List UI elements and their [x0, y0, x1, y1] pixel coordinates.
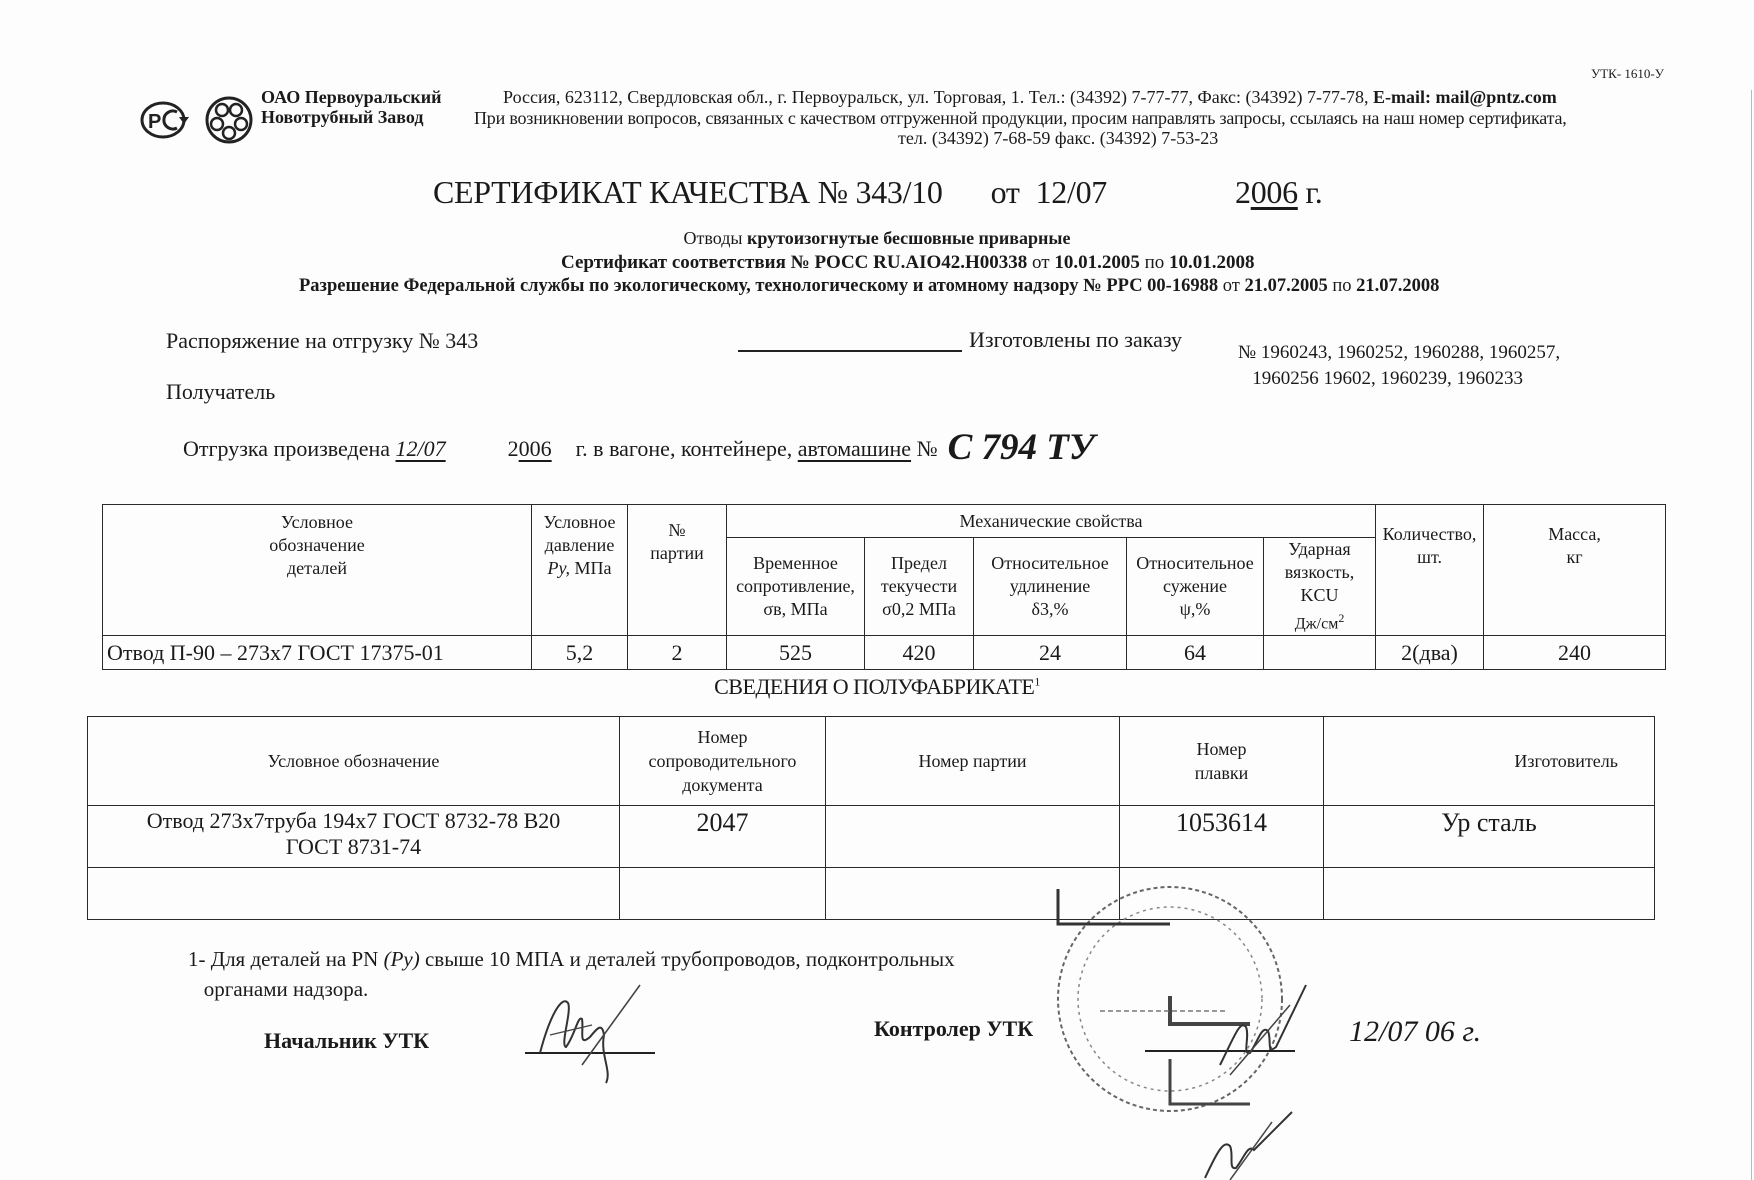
- header-text: Количество,: [1378, 523, 1481, 546]
- address-text: Россия, 623112, Свердловская обл., г. Пе…: [503, 87, 1373, 107]
- header-text: ψ,%: [1129, 598, 1261, 621]
- header-text: δ3,%: [976, 598, 1124, 621]
- product-type: Отводы крутоизогнутые бесшовные приварны…: [0, 228, 1754, 249]
- order-blank-line: [738, 350, 962, 352]
- conformity-date-to: 10.01.2008: [1169, 252, 1255, 273]
- signature-icon: [1210, 975, 1310, 1090]
- header-text: вязкость,: [1266, 561, 1373, 584]
- cell-designation: Отвод П-90 – 273х7 ГОСТ 17375-01: [103, 636, 532, 670]
- cell-tensile: 525: [727, 636, 865, 670]
- header-impact: Ударнаявязкость,KCUДж/см2: [1264, 538, 1376, 636]
- cell-doc-number: 2047: [620, 806, 826, 868]
- header-text: плавки: [1122, 761, 1321, 785]
- header-text: сопротивление,: [729, 575, 862, 598]
- header-batch: №партии: [628, 505, 727, 636]
- cell-mass: 240: [1484, 636, 1666, 670]
- header-mechanical-properties: Механические свойства: [727, 505, 1376, 538]
- shipping-order: Распоряжение на отгрузку № 343: [166, 328, 478, 354]
- cell-manufacturer: Ур сталь: [1324, 806, 1655, 868]
- transport-options: г. в вагоне, контейнере,: [576, 436, 798, 461]
- svg-text:P: P: [148, 111, 161, 133]
- header-text: текучести: [867, 575, 971, 598]
- header-text: Временное: [729, 552, 862, 575]
- permit-from: от: [1218, 276, 1244, 296]
- certificate-date: 12/07: [1036, 174, 1107, 210]
- cell-yield: 420: [865, 636, 974, 670]
- header-batch-number: Номер партии: [826, 717, 1120, 806]
- controller-label: Контролер УТК: [874, 1016, 1033, 1042]
- conformity-label: Сертификат соответствия: [561, 252, 786, 273]
- conformity-certificate: Сертификат соответствия № РОСС RU.AIO42.…: [561, 252, 1255, 274]
- header-tensile: Временноесопротивление,σв, МПа: [727, 538, 865, 636]
- company-name: ОАО Первоуральский Новотрубный Завод: [261, 87, 442, 127]
- cell-batch: 2: [628, 636, 727, 670]
- page-edge-line: [1751, 90, 1752, 1180]
- header-text: Относительное: [976, 552, 1124, 575]
- product-lead: Отводы: [684, 228, 743, 248]
- header-quantity: Количество,шт.: [1376, 505, 1484, 636]
- header-elongation: Относительноеудлинениеδ3,%: [974, 538, 1127, 636]
- header-text: обозначение: [105, 534, 529, 557]
- footnote-text: органами надзора.: [188, 977, 368, 1001]
- recipient-label: Получатель: [166, 379, 275, 405]
- header-text: шт.: [1378, 546, 1481, 569]
- header-text: σв, МПа: [729, 598, 862, 621]
- header-text: партии: [630, 542, 724, 565]
- rst-certification-mark-icon: P: [139, 96, 193, 144]
- certificate-year: 006: [1251, 174, 1298, 210]
- header-text: σ0,2 МПа: [867, 598, 971, 621]
- chief-label: Начальник УТК: [264, 1028, 429, 1054]
- header-text: Относительное: [1129, 552, 1261, 575]
- company-name-line2: Новотрубный Завод: [261, 107, 442, 127]
- cell-designation: Отвод 273х7труба 194х7 ГОСТ 8732-78 В20Г…: [88, 806, 620, 868]
- permit-date-to: 21.07.2008: [1356, 276, 1439, 296]
- header-text: Py,: [548, 558, 571, 578]
- semi-product-title: СВЕДЕНИЯ О ПОЛУФАБРИКАТЕ1: [0, 674, 1754, 700]
- cell-reduction: 64: [1127, 636, 1264, 670]
- signature-icon: [520, 975, 660, 1090]
- header-designation: Условное обозначение: [88, 717, 620, 806]
- footnote-ref: 1: [1034, 675, 1040, 689]
- signature-icon: [1200, 1110, 1300, 1180]
- cell-elongation: 24: [974, 636, 1127, 670]
- header-text: МПа: [570, 558, 612, 578]
- header-text: Номер: [1122, 737, 1321, 761]
- cell-heat-number: 1053614: [1120, 806, 1324, 868]
- cell-quantity: 2(два): [1376, 636, 1484, 670]
- header-text: №: [630, 519, 724, 542]
- header-text: Предел: [867, 552, 971, 575]
- cell-manufacturer: [1324, 868, 1655, 920]
- certificate-year-suffix: г.: [1298, 174, 1323, 210]
- mechanical-properties-table: Условноеобозначениедеталей Условноедавле…: [102, 504, 1666, 670]
- permit-date-from: 21.07.2005: [1244, 276, 1327, 296]
- table-row: [88, 868, 1655, 920]
- header-text: сопроводительного: [622, 749, 823, 773]
- footnote-text: свыше 10 МПА и деталей трубопроводов, по…: [420, 947, 955, 971]
- header-designation: Условноеобозначениедеталей: [103, 505, 532, 636]
- quality-contacts: тел. (34392) 7-68-59 факс. (34392) 7-53-…: [898, 128, 1218, 148]
- conformity-to: по: [1140, 252, 1169, 273]
- footnote-text: (Py): [384, 947, 420, 971]
- header-text: документа: [622, 773, 823, 797]
- shipped-year-prefix: 2: [508, 436, 519, 461]
- cell-text: ГОСТ 8731-74: [90, 834, 617, 860]
- cell-doc-number: [620, 868, 826, 920]
- shipped-date: 12/07: [396, 436, 446, 461]
- shipped-label: Отгрузка произведена: [183, 436, 396, 461]
- form-code: УТК- 1610-У: [1591, 66, 1664, 82]
- conformity-from: от: [1027, 252, 1054, 273]
- header-text: 2: [1338, 611, 1344, 625]
- permit-to: по: [1328, 276, 1356, 296]
- header-heat-number: Номерплавки: [1120, 717, 1324, 806]
- product-name: крутоизогнутые бесшовные приварные: [747, 228, 1070, 248]
- sign-date: 12/07 06 г.: [1349, 1015, 1481, 1049]
- permit-text: Разрешение Федеральной службы по экологи…: [299, 276, 1218, 296]
- shipped-year: 006: [519, 436, 552, 461]
- header-text: давление: [534, 534, 625, 557]
- conformity-date-from: 10.01.2005: [1054, 252, 1140, 273]
- title-from: от: [991, 174, 1020, 210]
- shipment-info: Отгрузка произведена 12/072006г. в вагон…: [183, 426, 1095, 469]
- header-yield: Пределтекучестиσ0,2 МПа: [865, 538, 974, 636]
- certificate-title: СЕРТИФИКАТ КАЧЕСТВА № 343/10от12/072006 …: [433, 174, 1322, 211]
- header-mass: Масса,кг: [1484, 505, 1666, 636]
- header-text: удлинение: [976, 575, 1124, 598]
- header-manufacturer: Изготовитель: [1324, 717, 1655, 806]
- conformity-number: № РОСС RU.AIO42.H00338: [791, 252, 1028, 273]
- header-text: кг: [1486, 546, 1663, 569]
- header-text: деталей: [105, 557, 529, 580]
- header-text: Условное: [534, 511, 625, 534]
- company-address: Россия, 623112, Свердловская обл., г. Пе…: [503, 87, 1557, 107]
- certificate-year-prefix: 2: [1235, 174, 1251, 210]
- cell-pressure: 5,2: [532, 636, 628, 670]
- pntz-logo-icon: [202, 96, 256, 144]
- header-text: Номер: [622, 725, 823, 749]
- cell-batch-number: [826, 806, 1120, 868]
- email-link[interactable]: E-mail: mail@pntz.com: [1373, 87, 1557, 107]
- header-text: Ударная: [1266, 538, 1373, 561]
- cell-text: Отвод 273х7труба 194х7 ГОСТ 8732-78 В20: [90, 808, 617, 834]
- header-text: сужение: [1129, 575, 1261, 598]
- vehicle-number-label: №: [911, 436, 938, 461]
- cell-designation: [88, 868, 620, 920]
- semi-product-table: Условное обозначение Номерсопроводительн…: [87, 716, 1655, 920]
- footnote-text: 1- Для деталей на PN: [188, 947, 384, 971]
- header-pressure: УсловноедавлениеPy, МПа: [532, 505, 628, 636]
- header-reduction: Относительноесужениеψ,%: [1127, 538, 1264, 636]
- quality-notice: При возникновении вопросов, связанных с …: [474, 108, 1567, 128]
- header-text: Дж/см: [1295, 615, 1339, 632]
- permit: Разрешение Федеральной службы по экологи…: [299, 276, 1439, 297]
- header-doc-number: Номерсопроводительногодокумента: [620, 717, 826, 806]
- order-numbers: № 1960243, 1960252, 1960288, 1960257, 19…: [1238, 340, 1560, 392]
- made-by-order-label: Изготовлены по заказу: [969, 327, 1182, 353]
- vehicle-number: С 794 ТУ: [948, 427, 1095, 468]
- transport-selected: автомашине: [798, 436, 911, 461]
- header-text: Масса,: [1486, 523, 1663, 546]
- cell-impact: [1264, 636, 1376, 670]
- certificate-number: СЕРТИФИКАТ КАЧЕСТВА № 343/10: [433, 174, 943, 210]
- header-text: Условное: [105, 511, 529, 534]
- table-row: Отвод П-90 – 273х7 ГОСТ 17375-01 5,2 2 5…: [103, 636, 1666, 670]
- table-row: Отвод 273х7труба 194х7 ГОСТ 8732-78 В20Г…: [88, 806, 1655, 868]
- semi-product-title-text: СВЕДЕНИЯ О ПОЛУФАБРИКАТЕ: [714, 674, 1034, 699]
- header-text: KCU: [1266, 584, 1373, 607]
- company-name-line1: ОАО Первоуральский: [261, 87, 442, 107]
